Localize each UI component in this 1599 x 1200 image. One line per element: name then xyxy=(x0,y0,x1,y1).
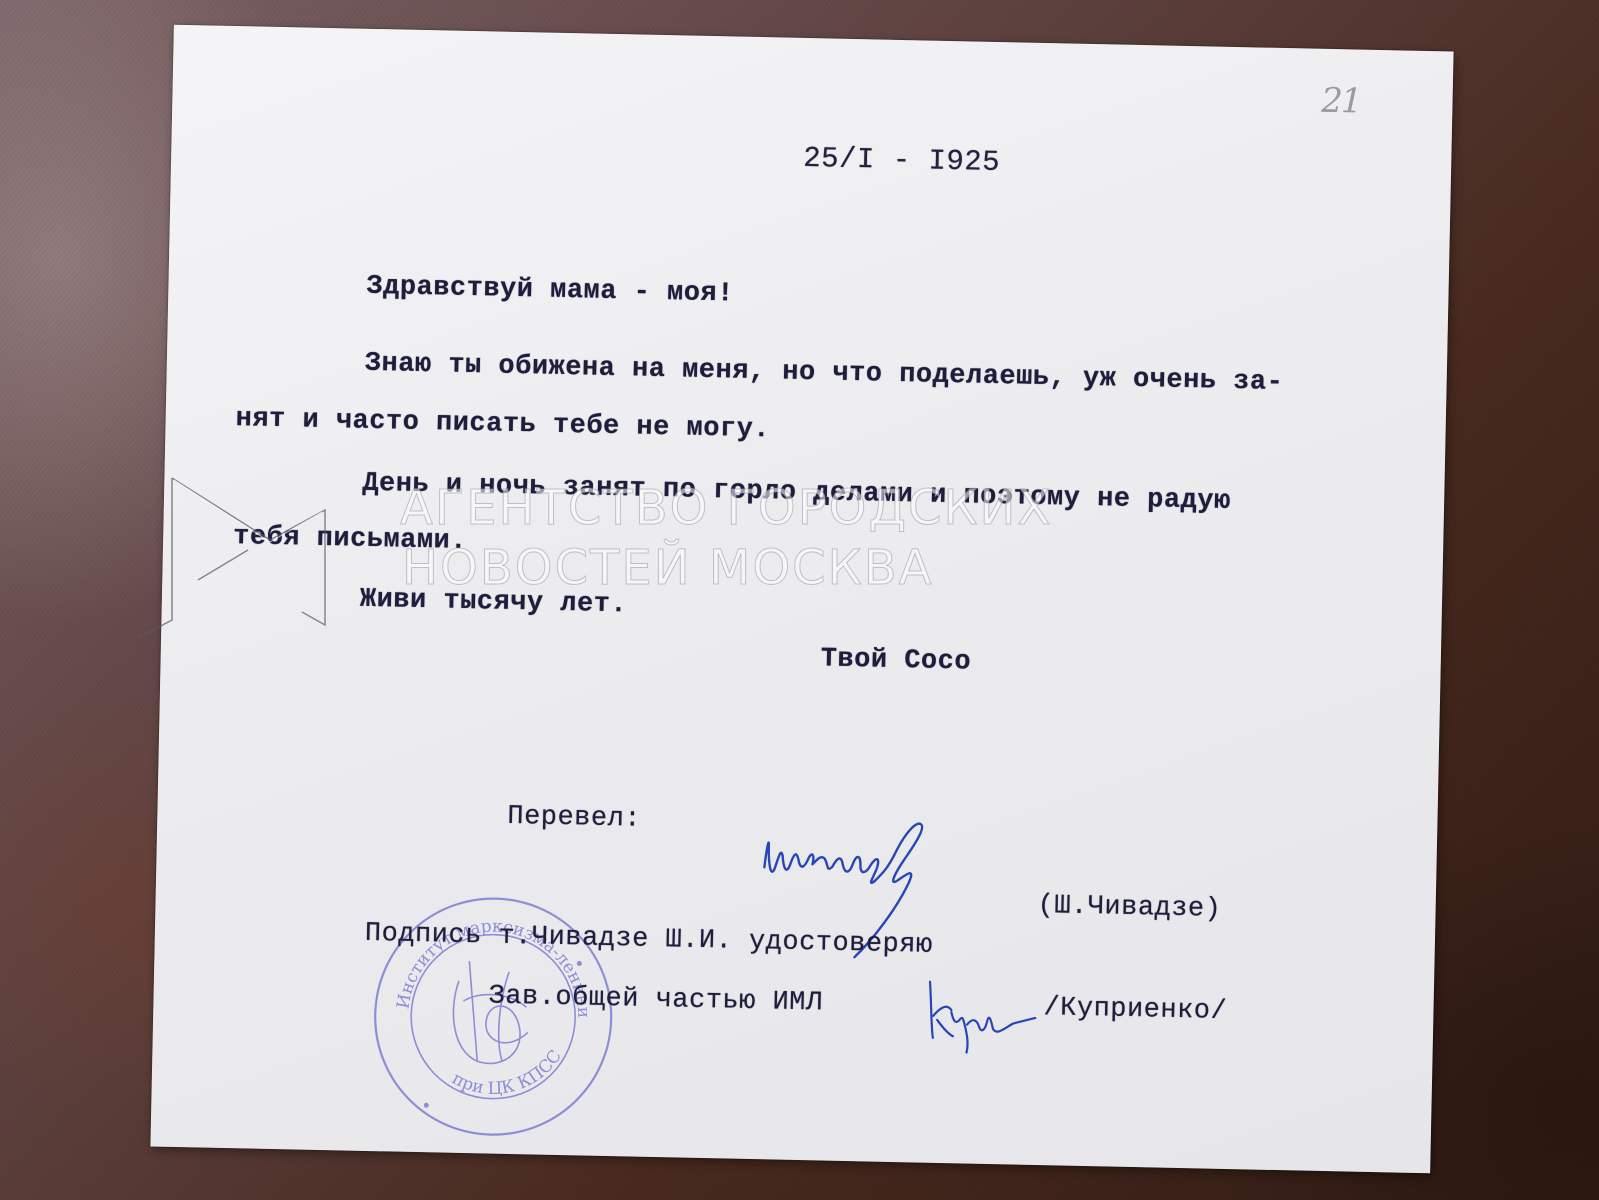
translated-by-label: Перевел: xyxy=(507,802,641,835)
paragraph-2-line-2: тебя письмами. xyxy=(233,522,467,557)
translator-name: (Ш.Чивадзе) xyxy=(1037,891,1221,925)
paragraph-1-line-2: нят и часто писать тебе не могу. xyxy=(235,404,770,445)
department-head-name: /Куприенко/ xyxy=(1043,993,1227,1027)
paragraph-3: Живи тысячу лет. xyxy=(360,585,628,621)
letter-date: 25/I - I925 xyxy=(803,142,1001,179)
letter-sheet: 21 25/I - I925 Здравствуй мама - моя! Зн… xyxy=(150,25,1453,1174)
head-signature-icon xyxy=(922,976,1044,1058)
letter-greeting: Здравствуй мама - моя! xyxy=(366,272,734,310)
letter-closing: Твой Сосо xyxy=(820,644,971,677)
archive-page-number: 21 xyxy=(1321,81,1361,122)
paragraph-2-line-1: День и ночь занят по горло делами и поэт… xyxy=(362,469,1231,517)
paragraph-1-line-1: Знаю ты обижена на меня, но что поделаеш… xyxy=(365,349,1284,398)
